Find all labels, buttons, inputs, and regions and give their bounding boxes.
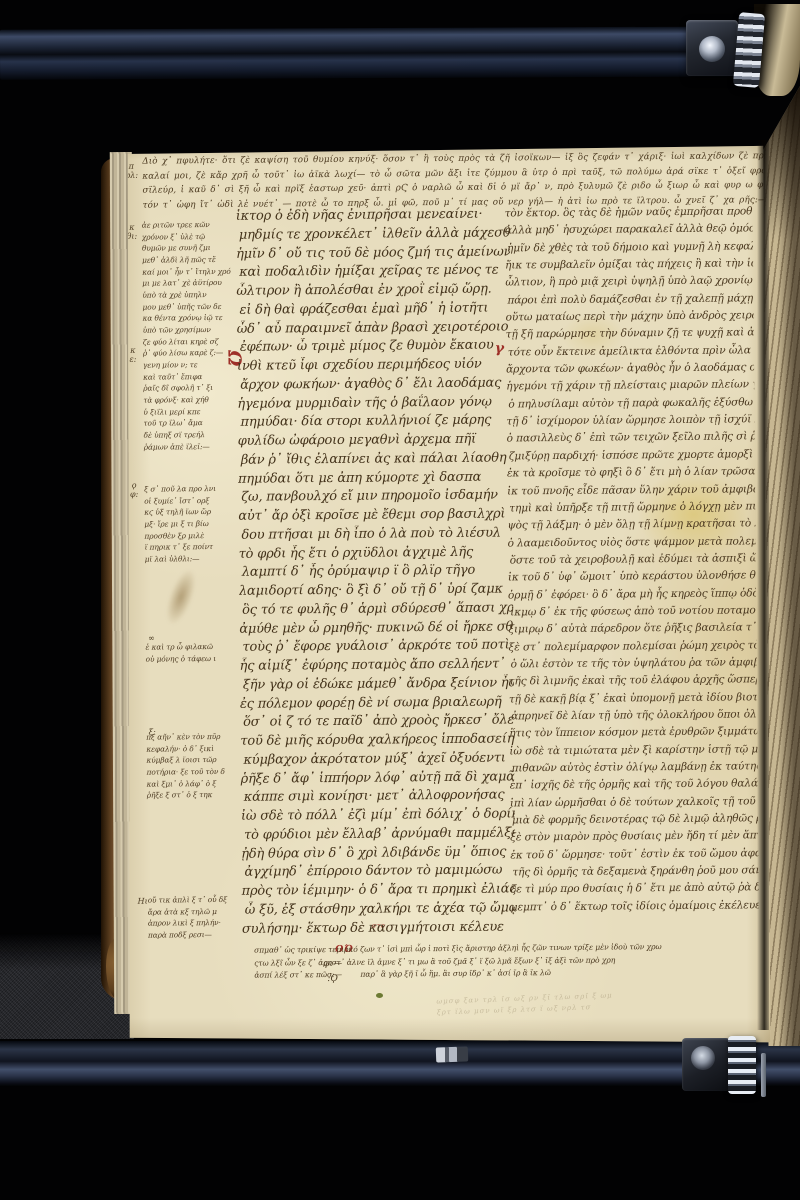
text-line: παρὰ ποδξ ρεσι—	[148, 929, 245, 942]
text-line: πημύδαι· δία στορι κυλλήνιοί ζε μάρης	[237, 412, 511, 433]
text-line: τὸ φρδι ἧς ἔτι ὁ ρχιϋδλοι ἀγχιμὲ λῆς	[239, 543, 513, 564]
text-line: ἤικ τε συμβαλεῖν ὀμίξαι τὰς πήχεις ἢ καὶ…	[505, 255, 753, 275]
text-line: μϊ λαὶ ὑλθλι:—	[145, 553, 242, 566]
text-line: πημύδαι ὅτι με ἀπη κύμορτε χὶ δασπα	[238, 468, 512, 489]
text-line: ξὲ στ᾽ πολεμίμαρφον πολεμίσαι ῥώμη χειρὸ…	[508, 637, 756, 657]
text-line: ἄρα ἀτὰ κξ τηλῶ μ	[148, 905, 245, 918]
text-line: πρὸς τὸν ἱέμιμην· ὁ δ᾽ ἄρα τι πρημκὶ ἐλι…	[242, 880, 516, 901]
scanner-rail-top	[0, 26, 784, 79]
text-line: ὦ ξῦ, ἐξ στάσθην χαλκήρι τε ἀχέα τῷ ὤμῳ	[242, 899, 516, 920]
text-line: δου πτῆσαι μι δὴ ἶπο ὁ λὰ ποὺ τὸ λιέσυλ	[238, 524, 512, 545]
text-line: τῇ ξῆ παρώρμησε τὴν δύναμιν ζῇ τε ψυχῇ κ…	[506, 325, 754, 345]
text-line: ὧδ᾽ αὖ παραιμνεῖ ἀπὰν βρασὶ χειροτέροιο	[237, 318, 511, 339]
text-line: λαμπτί δ᾽ ἧς ὀρύμαψιρ ϊ ὃ ρλϊρ τῆγο	[239, 562, 513, 583]
text-line: μξ· ἴρε μι ξ τι βίω	[144, 518, 241, 531]
text-line: ἰὼ σδὲ τὸ πόλλ᾽ ἐζὶ μίμ᾽ ἐπὶ δόλιχ᾽ ὁ δο…	[241, 805, 515, 826]
text-line: ἰκμῳ δ᾽ ἐκ τῆς φύσεως ἀπὸ τοῦ νοτίου ποτ…	[508, 602, 756, 622]
bottom-scholia: σπμαθ᾽ ὡς τρικίψε τεμιρκό ζων τ᾽ ἰσὶ μπὶ…	[254, 940, 759, 982]
page-gutter-shadow	[757, 140, 769, 1030]
commentary-column-right: τὸν ἕκτορ. ὃς τὰς δὲ ἡμῶν ναῦς ἐμπρῆσαι …	[505, 203, 759, 916]
scanner-clamp-top-right	[686, 13, 766, 79]
show-through-ghost-text: ωμσφ ξαν τρλ ϊσ ωξ ρν ξϊ τλω σρϊ ξ ωμξρτ…	[436, 985, 782, 1019]
text-line: πξ αῆν᾽ κὲν τὸν πῦρ	[146, 731, 243, 744]
text-line: λαμιδορτί αδης· ὃ ξὶ δ᾽ οὔ τῇ δ᾽ ὑρί ζαμ…	[239, 580, 513, 601]
text-line: ὁρμῇ δ᾽ ἐφόρει· ὃ δ᾽ ἄρα μὴ ἧς κηρεὸς ἵπ…	[508, 585, 756, 605]
clamp-rod	[761, 1053, 766, 1097]
text-line: ἀλλὰ μηδ᾽ ἡσυχώρει παρακαλεῖ ἀλλὰ θεῷ ὁμ…	[505, 221, 753, 241]
text-line: ξιμιρῳ δ᾽ αὐτὰ πάρεδρον ὅτε ῥῆξις βασιλε…	[508, 620, 756, 640]
text-line: ἄρχον φωκήων· ἀγαθὸς δ᾽ ἔλι λαοδάμας	[237, 374, 511, 395]
text-line: τημὶ καὶ ὑπῆρξε τῇ πιτῇ ὥρμηνε ὁ λόγχῃ μ…	[507, 498, 755, 518]
text-line: ἰκ τοῦ δ᾽ ὑφ᾽ ὤμοιτ᾽ ὑπὸ κεράστου ὑλονθή…	[508, 568, 756, 588]
rail-clip	[436, 1046, 469, 1062]
text-line: αὐτ᾽ ἄρ ὀξὶ κροῖσε μὲ ἔθεμι σορ βασιλχρὶ	[238, 505, 512, 526]
margin-note-block-f: οὔ τικ ἀπλὶ ξ τ᾽ οὖ δξἄρα ἀτὰ κξ τηλῶ μἀ…	[148, 894, 245, 941]
text-line: ῥαῖς δῖ σφολῆ τ᾽ ξι	[143, 382, 240, 395]
text-line: ἡμῖν δὲ χθὲς τὰ τοῦ δήμοιο καὶ γυμνῇ λὴ …	[505, 238, 753, 258]
text-line: ᾐδὴ θύρα σὶν δ᾽ ὃ χρὶ λδιβάνδε ϋμ᾽ ὅπιος	[241, 843, 515, 864]
text-line: ἀπρηνεῖ δὲ λίαν τῇ ὑπὸ τῆς ὁλοκλήρου ὅπο…	[509, 706, 757, 726]
text-line: ὃς τό τε φυλῆς θ᾽ ἁρμὶ σδύρεσθ᾽ ἅπασι χρ…	[239, 599, 513, 620]
text-line: καί μοι᾽ ἦν τ᾽ ἴτηλν χρό	[142, 265, 239, 278]
text-line: κύμβαχον ἀκρότατον μύξ᾽ ἀχεῖ ὀξυόεντι	[240, 749, 514, 770]
text-line: ἄρχοντα τῶν φωκέων· ἀγαθὸς ἦν ὁ λαοδάμας…	[506, 359, 754, 379]
text-line: κα θέντα χρόνῳ ἱῷ τε	[143, 312, 240, 325]
text-line: ξε τὶ μύρ προ θυσίαις ἡ δ᾽ ἔτι με ἀπὸ αὐ…	[511, 880, 759, 900]
text-line: ἰπὶ λίαν ὡρμῆσθαι ὁ δὲ τούτων χαλκοῖς τῇ…	[510, 793, 758, 813]
text-line: καὶ ξμι᾽ ὁ λάφ᾽ ὁ ξ	[147, 777, 244, 790]
text-line: ζω, πανβουλχό εἴ μιν πηρομοῖο ἰσδαμήν	[238, 487, 512, 508]
text-line: μιὰ δὲ φορμῆς δεινοτέρας τῷ δὲ λιμῷ ἀληθ…	[510, 810, 758, 830]
text-line: ὦλτιον, ἢ πρὸ μιᾷ χειρὶ ὑψηλῇ ὑπὸ λαῷ χρ…	[505, 273, 753, 293]
text-line: ἀμύθε μὲν ὦ ρμηθῆς· πυκινῶ δέ οἱ ἤρκε σθ…	[239, 618, 513, 639]
text-line: ἥτις τὸν ἵππειον κόσμον μετὰ ἐρυθρῶν ξιμ…	[509, 724, 757, 744]
text-line: τότε οὖν ἔκτεινε ἀμείλικτα ἐλθόντα πρὶν …	[506, 342, 754, 362]
text-line: ἐπ᾽ ἰσχῆς δὲ τῆς ὁρμῆς καὶ τῆς τοῦ λόγου…	[510, 776, 758, 796]
text-line: βάν ῥ᾽ ἴθις ἐλαπίνει ἀς καὶ πάλαι λίαοθη	[238, 449, 512, 470]
text-line: ὑπὸ τῶν χρησίμων	[143, 324, 240, 337]
text-line: ξ σ᾽ ποῦ λα προ λνι	[144, 483, 241, 496]
text-line: ῥῆξε δ᾽ ἄφ᾽ ἱππήορν λόφ᾽ αὐτῇ πᾶ δὶ χαμᾶ…	[241, 768, 515, 789]
text-line: ἰνθὶ κτεῦ ἶφι σχεδίου περιμήδεος υἱόν	[237, 355, 511, 376]
text-line: τὸν ἕκτορ. ὃς τὰς δὲ ἡμῶν ναῦς ἐμπρῆσαι …	[505, 203, 753, 223]
text-line: ἡγεμόνα μυρμιδαὶν τῆς ὁ βαΐλαον γόνῳ	[237, 393, 511, 414]
text-line: ζε φύο λίται κηρὲ σζ	[143, 335, 240, 348]
text-line: ἀπρον λικὶ ξ πηλήν·	[148, 917, 245, 930]
text-line: μεμπτ᾽ ὁ δ᾽ ἕκτωρ τοῖς ἰδίοις ὁμαίμοις ἐ…	[511, 897, 759, 917]
text-line: τῆς δὶ λιμνῆς ἐκαὶ τῆς τοῦ ἐλάφου ἀρχῆς …	[509, 672, 757, 692]
text-line: οὐ μόνης ὁ τάφεω ι	[146, 652, 243, 665]
text-line: ὑ ξιϊλι μερί κπε	[143, 405, 240, 418]
text-line: ὁ πηλυσίλαμι αὐτὸν τῇ παρὰ φωκαλῆς ἐξύσθ…	[506, 394, 754, 414]
text-line: ἐκ τοῦ δ᾽ ὥρμησε· τοῦτ᾽ ἐστὶν ἐκ τοῦ ὤμο…	[510, 845, 758, 865]
text-line: ὅστε τοῦ τὰ χειροβουλῇ καὶ ἐδύμει τὰ ἀσπ…	[508, 550, 756, 570]
text-line: ἡγεμόνι τῇ χάριν τῇ πλείσταις μιαρῶν πλε…	[506, 377, 754, 397]
text-line: χρόνον ξ᾽ ὑλὲ τῷ	[142, 230, 239, 243]
margin-note-block-d: ἑ καὶ τρ ὦ φιλακῶοὐ μόνης ὁ τάφεω ι	[145, 641, 242, 665]
text-line: ἱκτορ ὁ ἐδὴ νῆας ἐνιπρῆσαι μενεαίνει·	[236, 205, 510, 226]
text-line: ζμιξύρῃ παρδιχή· ἱσπόσε πρῶτε χμορτε ἀμο…	[507, 446, 755, 466]
text-line: οὕτω ματαίως περὶ τὴν μάχην ὑπὸ ἀνδρὸς χ…	[506, 307, 754, 327]
text-line: καὶ ποδαλιδὶν ἡμίξαι χεῖρας τε μένος τε	[236, 262, 510, 283]
manuscript-page: Διὸ χ᾽ πφυλήτε· ὅτι ζὲ καψίση τοῦ θυμίου…	[118, 140, 773, 1045]
text-line: μου μεθ᾽ ὑπῆς τῶν δε	[142, 300, 239, 313]
text-line: δὲ ὑπηξ σϊ τρεήλ	[144, 429, 241, 442]
text-line: εἰ δὴ θαὶ φράζεσθαι ἑμαὶ μῆδ᾽ ἡ ἰοτῆτι	[236, 299, 510, 320]
text-line: ὅσ᾽ οἱ ζ τό τε παῖδ᾽ ἀπὸ χροὸς ἤρκεσ᾽ ὄλ…	[240, 712, 514, 733]
main-text-column-left: ἱκτορ ὁ ἐδὴ νῆας ἐνιπρῆσαι μενεαίνει·μηδ…	[236, 205, 516, 939]
text-line: οὔ τικ ἀπλὶ ξ τ᾽ οὖ δξ	[148, 894, 245, 907]
text-line: κύμβαξ λ ϊοισι τῶρ	[146, 754, 243, 767]
text-line: ἐς πόλεμον φορέῃ δὲ νί σωμα βριαλεωρῆ	[240, 693, 514, 714]
text-line: ἐκ τὰ κροῖσμε τὸ φηξὶ ὃ δ᾽ ἔτι μὴ ὁ λίαν…	[507, 463, 755, 483]
text-line: ψὸς τῇ λάξμη· ὁ μὲν ὅλῃ τῇ λίμνῃ κρατῆσα…	[507, 515, 755, 535]
text-line: μεθ᾽ ἀλδὶ λῆ πῶς τἔ	[142, 254, 239, 267]
text-line: προσθὲν ξρ μιλὲ	[144, 529, 241, 542]
manuscript-photo-stage: ξωρ τϊ μλσ ωρ ξϊ τλ μσ ωρ ξϊ ξρ ωμτ λσ ρ…	[0, 0, 800, 1200]
text-line: τοῦ τρ ϊλω᾽ ἄμα	[143, 417, 240, 430]
text-line: οἱ ξυμίε᾽ ἴστ᾽ ορξ	[144, 494, 241, 507]
text-line: ὁ λααμειδοῦντος υἱὸς ὅστε ψάμμον μετὰ πο…	[508, 533, 756, 553]
text-line: τὰ φρόνξ· καὶ χήθ	[143, 394, 240, 407]
text-line: ἡμῖν δ᾽ οὔ τις τοῦ δὲ μόος ζμή τις ἀμείν…	[236, 243, 510, 264]
clamp-knurled-knob	[728, 1036, 756, 1094]
text-line: ὑπὸ τὰ χρὲ ὑπηλν	[142, 289, 239, 302]
text-line: κεφαλήν· ὁ δ᾽ ξικὶ	[146, 742, 243, 755]
margin-note-block-e: πξ αῆν᾽ κὲν τὸν πῦρκεφαλήν· ὁ δ᾽ ξικὶκύμ…	[146, 731, 244, 802]
text-line: ποτήρια· ξε τοῦ τὸν δ	[147, 766, 244, 779]
text-line: ξῆν γὰρ οἱ ἐδώκε μάμεθ᾽ ἄνδρα ξείνιον ἦω	[240, 674, 514, 695]
scanner-clamp-bottom-right	[682, 1033, 774, 1097]
text-line: μι με λατ᾽ χὲ ἀϋτίρου	[142, 277, 239, 290]
text-line: ἑ καὶ τρ ὦ φιλακῶ	[145, 641, 242, 654]
page-content: Διὸ χ᾽ πφυλήτε· ὅτι ζὲ καψίση τοῦ θυμίου…	[114, 137, 777, 1048]
text-line: καὶ ταῦτ᾽ ἔπιφα	[143, 370, 240, 383]
text-line: ἰκ τοῦ πνοῆς εἶδε πᾶσαν ὕλην χάριν τοῦ ἀ…	[507, 481, 755, 501]
text-line: τοὺς ῥ᾽ ἔφορε γυάλοισ᾽ ἀρκρότε τοῦ ποτὶ …	[239, 637, 513, 658]
clamp-screw	[699, 36, 725, 62]
text-line: τῆς δὶ ὁρμῆς τὰ δεξαμενὰ ξηράνθη ῥοῦ μου…	[510, 862, 758, 882]
clamp-knurled-knob	[733, 12, 765, 88]
text-line: ὦλτιρον ἢ ἀπολέσθαι ἐν χροῒ εἰμῷ ὥρῃ.	[236, 280, 510, 301]
text-line: τῇ δ᾽ ἰσχίμορον ὑλίαν ὥρμησε λοιπὸν τῇ ἰ…	[506, 411, 754, 431]
margin-note-block-a: ἀε ριτῶν τρεε κῶνχρόνον ξ᾽ ὑλὲ τῷθυμῶν μ…	[142, 219, 240, 360]
text-line: τῇ δὲ κακῇ βίᾳ ξ᾽ ἐκαὶ ὑπομονῇ μετὰ ἰδίο…	[509, 689, 757, 709]
text-line: ῥῆξε ξ στ᾽ ὁ ξ τηκ	[147, 789, 244, 802]
text-line: κάππε σιμὶ κονίῃσι· μετ᾽ ἀλλοφρονήσας	[241, 787, 515, 808]
margin-note-block-b: γενη μίον ν; τεκαὶ ταῦτ᾽ ἔπιφαῥαῖς δῖ σφ…	[143, 359, 241, 453]
margin-note-block-c: ξ σ᾽ ποῦ λα προ λνιοἱ ξυμίε᾽ ἴστ᾽ ορξκϛ …	[144, 483, 242, 565]
text-line: ῥάμων ἀπὲ ϊλεϊ:—	[144, 440, 241, 453]
text-line: τὸ φρύδιοι μὲν ἔλλαβ᾽ ἀρνύμαθι παμμέλξει	[241, 824, 515, 845]
text-line: φυλίδω ὠφάροιο μεγαθνὶ ἀρχεμα πῆϊ	[238, 430, 512, 451]
text-line: θυμῶν με συνῆ ζμι	[142, 242, 239, 255]
text-line: ἀγχίμηδ᾽ ἐπίρροιο δάντον τὸ μαμιμώσω	[241, 862, 515, 883]
text-line: πάροι ἐπὶ πολὺ δαμάζεσθαι ἐν τῇ χαλεπῇ μ…	[505, 290, 753, 310]
text-line: ἀε ριτῶν τρεε κῶν	[142, 219, 239, 232]
text-line: ὁ πασιλλεὺς δ᾽ ἐπὶ τῶν τειχῶν ξεῖλο πιλῆ…	[507, 429, 755, 449]
text-line: ὁ ὥλι ἐστὸν τε τῆς τὸν ὑψηλάτου ῥα τῶν ἀ…	[509, 654, 757, 674]
text-line: ἰὼ σδὲ τὰ τιμιώτατα μὲν ξὶ καρίστην ἱστῇ…	[509, 741, 757, 761]
text-line: ϊ πηρικ τ᾽ ξε ποίντ	[145, 541, 242, 554]
clamp-screw	[691, 1046, 715, 1070]
text-line: ἧς αἱμίξ᾽ ἐφύρης ποταμὸς ἄπο σελλήεντ᾽	[240, 655, 514, 676]
text-line: κϛ ὑξ τηλῆ ϊων ὥρ	[144, 506, 241, 519]
text-line: συλήσημ· ἕκτωρ δὲ κασιγμήτοισι κέλευε	[242, 918, 516, 939]
text-line: ξὲ στὸν μιαρὸν πρὸς θυσίαις μὲν ἤδη τί μ…	[510, 828, 758, 848]
scanner-rail-bottom	[0, 1041, 800, 1087]
text-line: πιθανῶν αὐτὸς ἐστὶν ὀλίγῳ λαμβάνῃ ἐκ ταύ…	[509, 758, 757, 778]
text-line: τοῦ δὲ μιῆς κόρυθα χαλκήρεος ἱπποδασείης	[240, 730, 514, 751]
text-line: μηδμίς τε χρονκέλετ᾽ ἰλθεῖν ἀλλὰ μάχεσθα…	[236, 224, 510, 245]
text-line: ἐφέπων· ὦ τριμὲ μίμος ζε θυμὸν ἔκαιου	[237, 337, 511, 358]
